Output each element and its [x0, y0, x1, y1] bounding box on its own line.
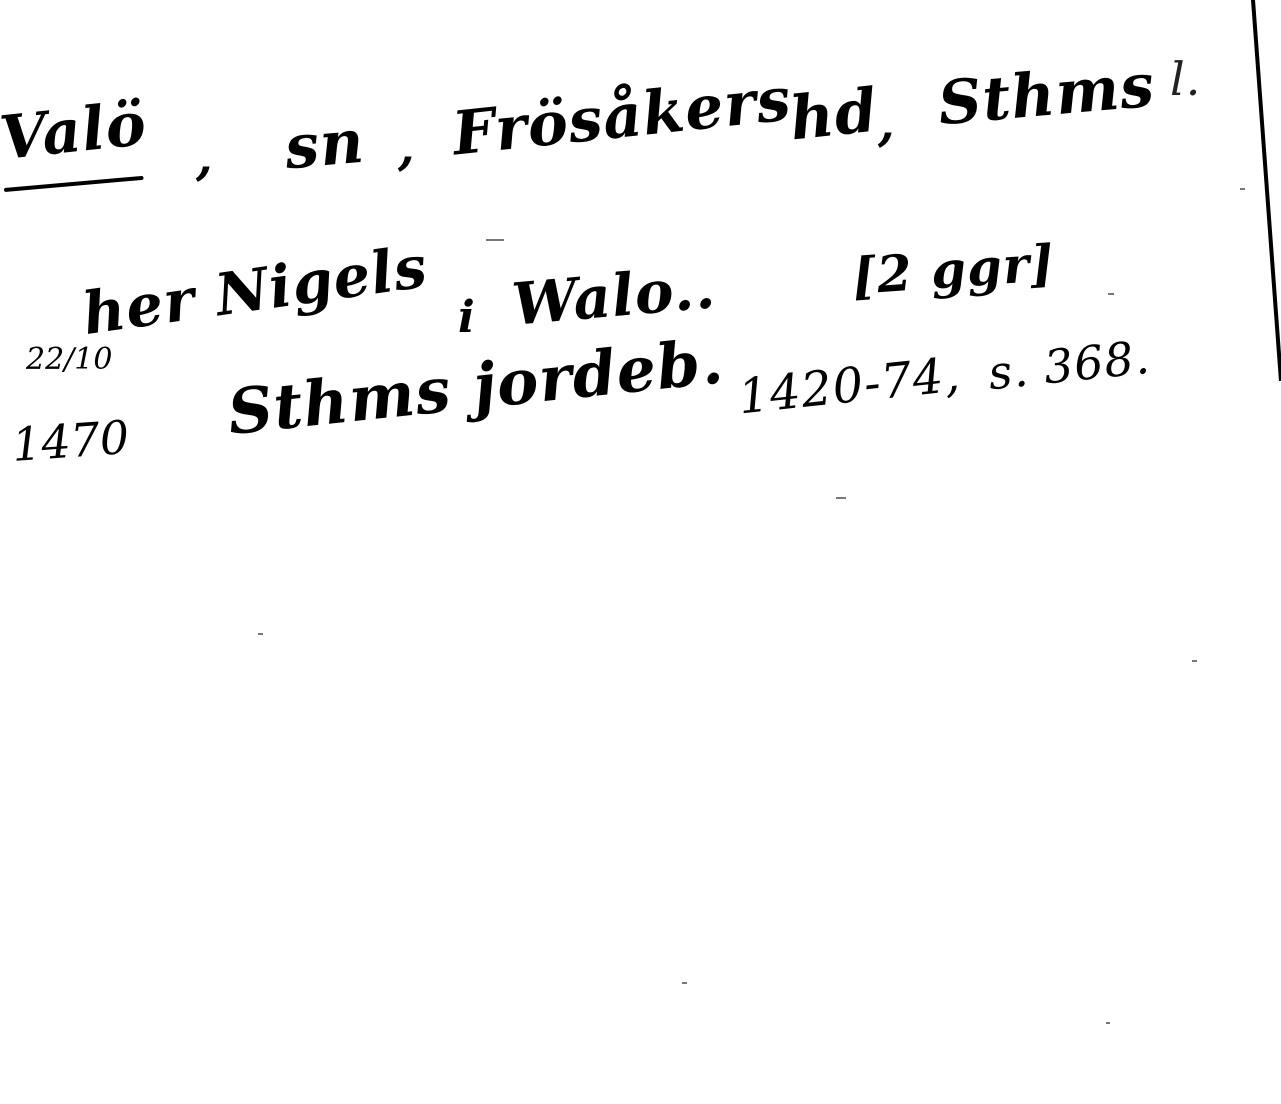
source-year-range: 1420-74, — [736, 347, 963, 426]
date-year: 1470 — [10, 410, 131, 472]
scan-speck — [1106, 1022, 1110, 1024]
hundred-abbreviation: hd — [787, 76, 881, 155]
scan-speck — [1108, 293, 1114, 295]
source-page: s. 368. — [986, 330, 1153, 401]
separator: , — [196, 130, 214, 186]
hundred-name: Frösåkers — [449, 64, 794, 169]
headword: Valö — [0, 89, 150, 174]
source-title: Sthms jordeb. — [224, 324, 727, 449]
date-day-month: 22/10 — [26, 342, 112, 377]
scan-speck — [682, 982, 687, 984]
scan-speck — [1240, 188, 1245, 190]
scan-speck — [1192, 660, 1197, 662]
scan-speck — [836, 497, 846, 499]
headword-underline — [4, 176, 144, 192]
excerpt-preposition: i — [458, 292, 476, 343]
separator: , — [878, 96, 896, 152]
county-suffix: l. — [1170, 52, 1201, 106]
scan-speck — [258, 633, 263, 635]
heading-line: Valö , sn , Frösåkers hd , Sthms l. — [0, 0, 1220, 130]
excerpt-place-form: Walo.. — [509, 253, 718, 339]
county-name: Sthms — [935, 51, 1157, 140]
parish-abbreviation: sn — [282, 107, 367, 184]
index-card: Valö , sn , Frösåkers hd , Sthms l. her … — [0, 0, 1281, 1104]
card-right-edge — [1251, 0, 1281, 381]
scan-speck — [486, 239, 504, 241]
occurrence-count: [2 ggr] — [850, 233, 1056, 306]
excerpt-person: her Nigels — [79, 232, 432, 348]
separator: , — [398, 120, 416, 176]
